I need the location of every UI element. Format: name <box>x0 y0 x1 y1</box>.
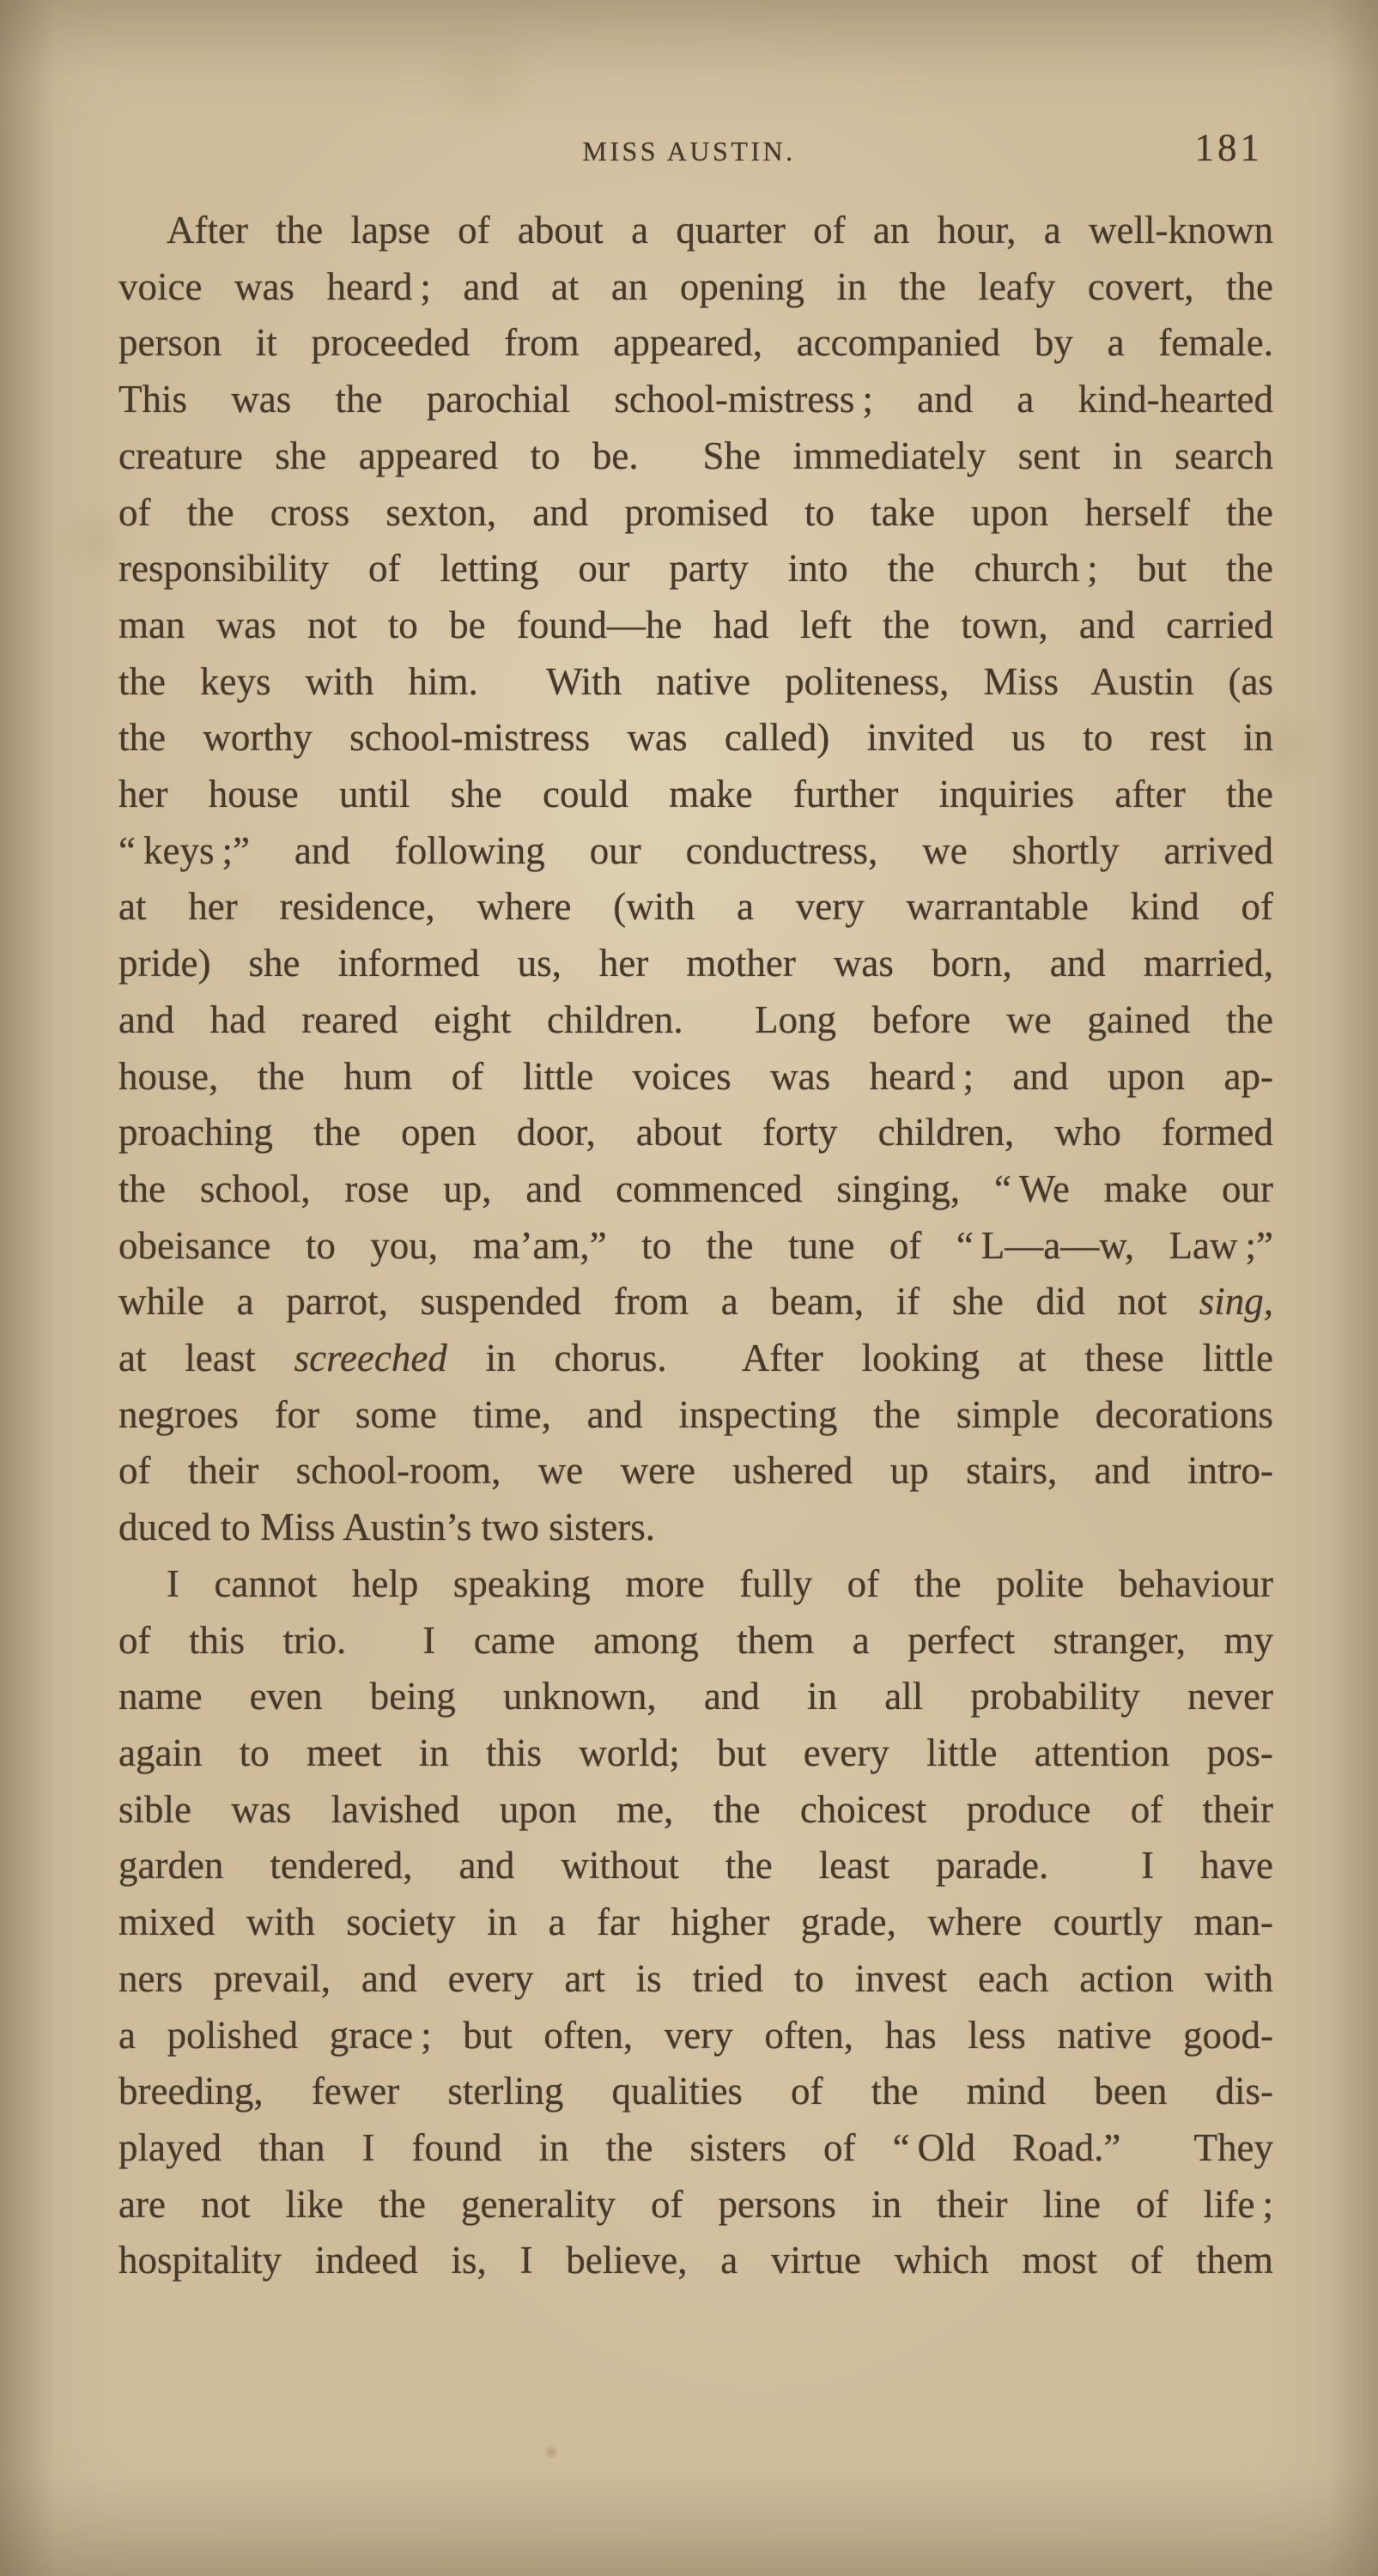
text-line: while a parrot, suspended from a beam, i… <box>118 1274 1273 1330</box>
text-run: in chorus. After looking at these little <box>447 1336 1273 1379</box>
text-line: at her residence, where (with a very war… <box>118 879 1273 936</box>
text-line: house, the hum of little voices was hear… <box>118 1049 1273 1106</box>
text-line: a polished grace ; but often, very often… <box>118 2008 1273 2064</box>
text-run: the worthy school-mistress was called) i… <box>118 716 1273 759</box>
running-title: MISS AUSTIN. <box>582 136 795 167</box>
text-line: person it proceeded from appeared, accom… <box>118 315 1273 372</box>
book-page: MISS AUSTIN. 181 After the lapse of abou… <box>0 0 1378 2576</box>
paragraph: After the lapse of about a quarter of an… <box>118 203 1273 1556</box>
text-line: garden tendered, and without the least p… <box>118 1838 1273 1894</box>
body-text: After the lapse of about a quarter of an… <box>118 203 1273 2289</box>
text-run: of the cross sexton, and promised to tak… <box>118 491 1273 534</box>
text-line: the worthy school-mistress was called) i… <box>118 710 1273 767</box>
text-run: and had reared eight children. Long befo… <box>118 998 1273 1041</box>
text-run: “ keys ;” and following our conductress,… <box>118 829 1273 872</box>
text-run: mixed with society in a far higher grade… <box>118 1900 1273 1943</box>
text-line: played than I found in the sisters of “ … <box>118 2120 1273 2177</box>
text-run: This was the parochial school-mistress ;… <box>118 378 1273 421</box>
text-line: the keys with him. With native politenes… <box>118 654 1273 711</box>
text-run: name even being unknown, and in all prob… <box>118 1675 1273 1718</box>
text-line: of the cross sexton, and promised to tak… <box>118 485 1273 542</box>
text-line: pride) she informed us, her mother was b… <box>118 936 1273 992</box>
text-run: of their school-room, we were ushered up… <box>118 1449 1273 1492</box>
text-run: are not like the generality of persons i… <box>118 2183 1273 2226</box>
text-line: voice was heard ; and at an opening in t… <box>118 259 1273 316</box>
text-run: at least <box>118 1336 294 1379</box>
text-run: breeding, fewer sterling qualities of th… <box>118 2070 1273 2112</box>
text-run: creature she appeared to be. She immedia… <box>118 434 1273 477</box>
text-run: After the lapse of about a quarter of an… <box>167 209 1273 252</box>
text-line: I cannot help speaking more fully of the… <box>118 1556 1273 1613</box>
text-line: negroes for some time, and inspecting th… <box>118 1387 1273 1444</box>
text-run: sible was lavished upon me, the choicest… <box>118 1788 1273 1831</box>
text-line: mixed with society in a far higher grade… <box>118 1894 1273 1951</box>
text-line: her house until she could make further i… <box>118 767 1273 823</box>
text-line: of their school-room, we were ushered up… <box>118 1443 1273 1500</box>
text-line: man was not to be found—he had left the … <box>118 597 1273 654</box>
text-line: at least screeched in chorus. After look… <box>118 1330 1273 1387</box>
text-line: sible was lavished upon me, the choicest… <box>118 1782 1273 1839</box>
text-run: obeisance to you, ma’am,” to the tune of… <box>118 1224 1273 1267</box>
text-run: voice was heard ; and at an opening in t… <box>118 265 1273 308</box>
page-number: 181 <box>1195 125 1264 170</box>
text-line: and had reared eight children. Long befo… <box>118 992 1273 1049</box>
text-line: of this trio. I came among them a perfec… <box>118 1613 1273 1670</box>
text-line: again to meet in this world; but every l… <box>118 1725 1273 1782</box>
text-run: the keys with him. With native politenes… <box>118 660 1273 703</box>
text-line: This was the parochial school-mistress ;… <box>118 372 1273 428</box>
text-line: proaching the open door, about forty chi… <box>118 1105 1273 1161</box>
text-run: of this trio. I came among them a perfec… <box>118 1619 1273 1662</box>
text-line: duced to Miss Austin’s two sisters. <box>118 1500 1273 1556</box>
text-line: hospitality indeed is, I believe, a virt… <box>118 2233 1273 2289</box>
text-line: are not like the generality of persons i… <box>118 2177 1273 2234</box>
text-run: negroes for some time, and inspecting th… <box>118 1393 1273 1436</box>
text-run: a polished grace ; but often, very often… <box>118 2014 1273 2057</box>
text-run: garden tendered, and without the least p… <box>118 1844 1273 1887</box>
text-run: again to meet in this world; but every l… <box>118 1731 1273 1774</box>
text-line: obeisance to you, ma’am,” to the tune of… <box>118 1218 1273 1275</box>
text-run: responsibility of letting our party into… <box>118 547 1273 590</box>
text-run: while a parrot, suspended from a beam, i… <box>118 1280 1199 1323</box>
text-run: at her residence, where (with a very war… <box>118 885 1273 928</box>
text-run: duced to Miss Austin’s two sisters. <box>118 1506 655 1549</box>
text-run: played than I found in the sisters of “ … <box>118 2126 1273 2169</box>
page-header: MISS AUSTIN. 181 <box>0 0 1378 197</box>
italic-run: sing, <box>1199 1280 1273 1323</box>
italic-run: screeched <box>294 1336 447 1379</box>
text-run: house, the hum of little voices was hear… <box>118 1055 1273 1098</box>
text-run: her house until she could make further i… <box>118 773 1273 815</box>
text-run: proaching the open door, about forty chi… <box>118 1111 1273 1154</box>
text-run: the school, rose up, and commenced singi… <box>118 1167 1273 1210</box>
text-line: creature she appeared to be. She immedia… <box>118 428 1273 485</box>
paragraph: I cannot help speaking more fully of the… <box>118 1556 1273 2289</box>
text-line: name even being unknown, and in all prob… <box>118 1669 1273 1725</box>
text-line: the school, rose up, and commenced singi… <box>118 1161 1273 1218</box>
text-run: person it proceeded from appeared, accom… <box>118 321 1273 364</box>
text-line: breeding, fewer sterling qualities of th… <box>118 2064 1273 2120</box>
text-line: responsibility of letting our party into… <box>118 541 1273 597</box>
text-run: ners prevail, and every art is tried to … <box>118 1957 1273 2000</box>
text-run: hospitality indeed is, I believe, a virt… <box>118 2239 1273 2282</box>
text-line: ners prevail, and every art is tried to … <box>118 1951 1273 2008</box>
text-run: I cannot help speaking more fully of the… <box>167 1562 1273 1605</box>
text-line: After the lapse of about a quarter of an… <box>118 203 1273 259</box>
text-run: pride) she informed us, her mother was b… <box>118 942 1273 985</box>
text-run: man was not to be found—he had left the … <box>118 603 1273 646</box>
text-line: “ keys ;” and following our conductress,… <box>118 823 1273 880</box>
